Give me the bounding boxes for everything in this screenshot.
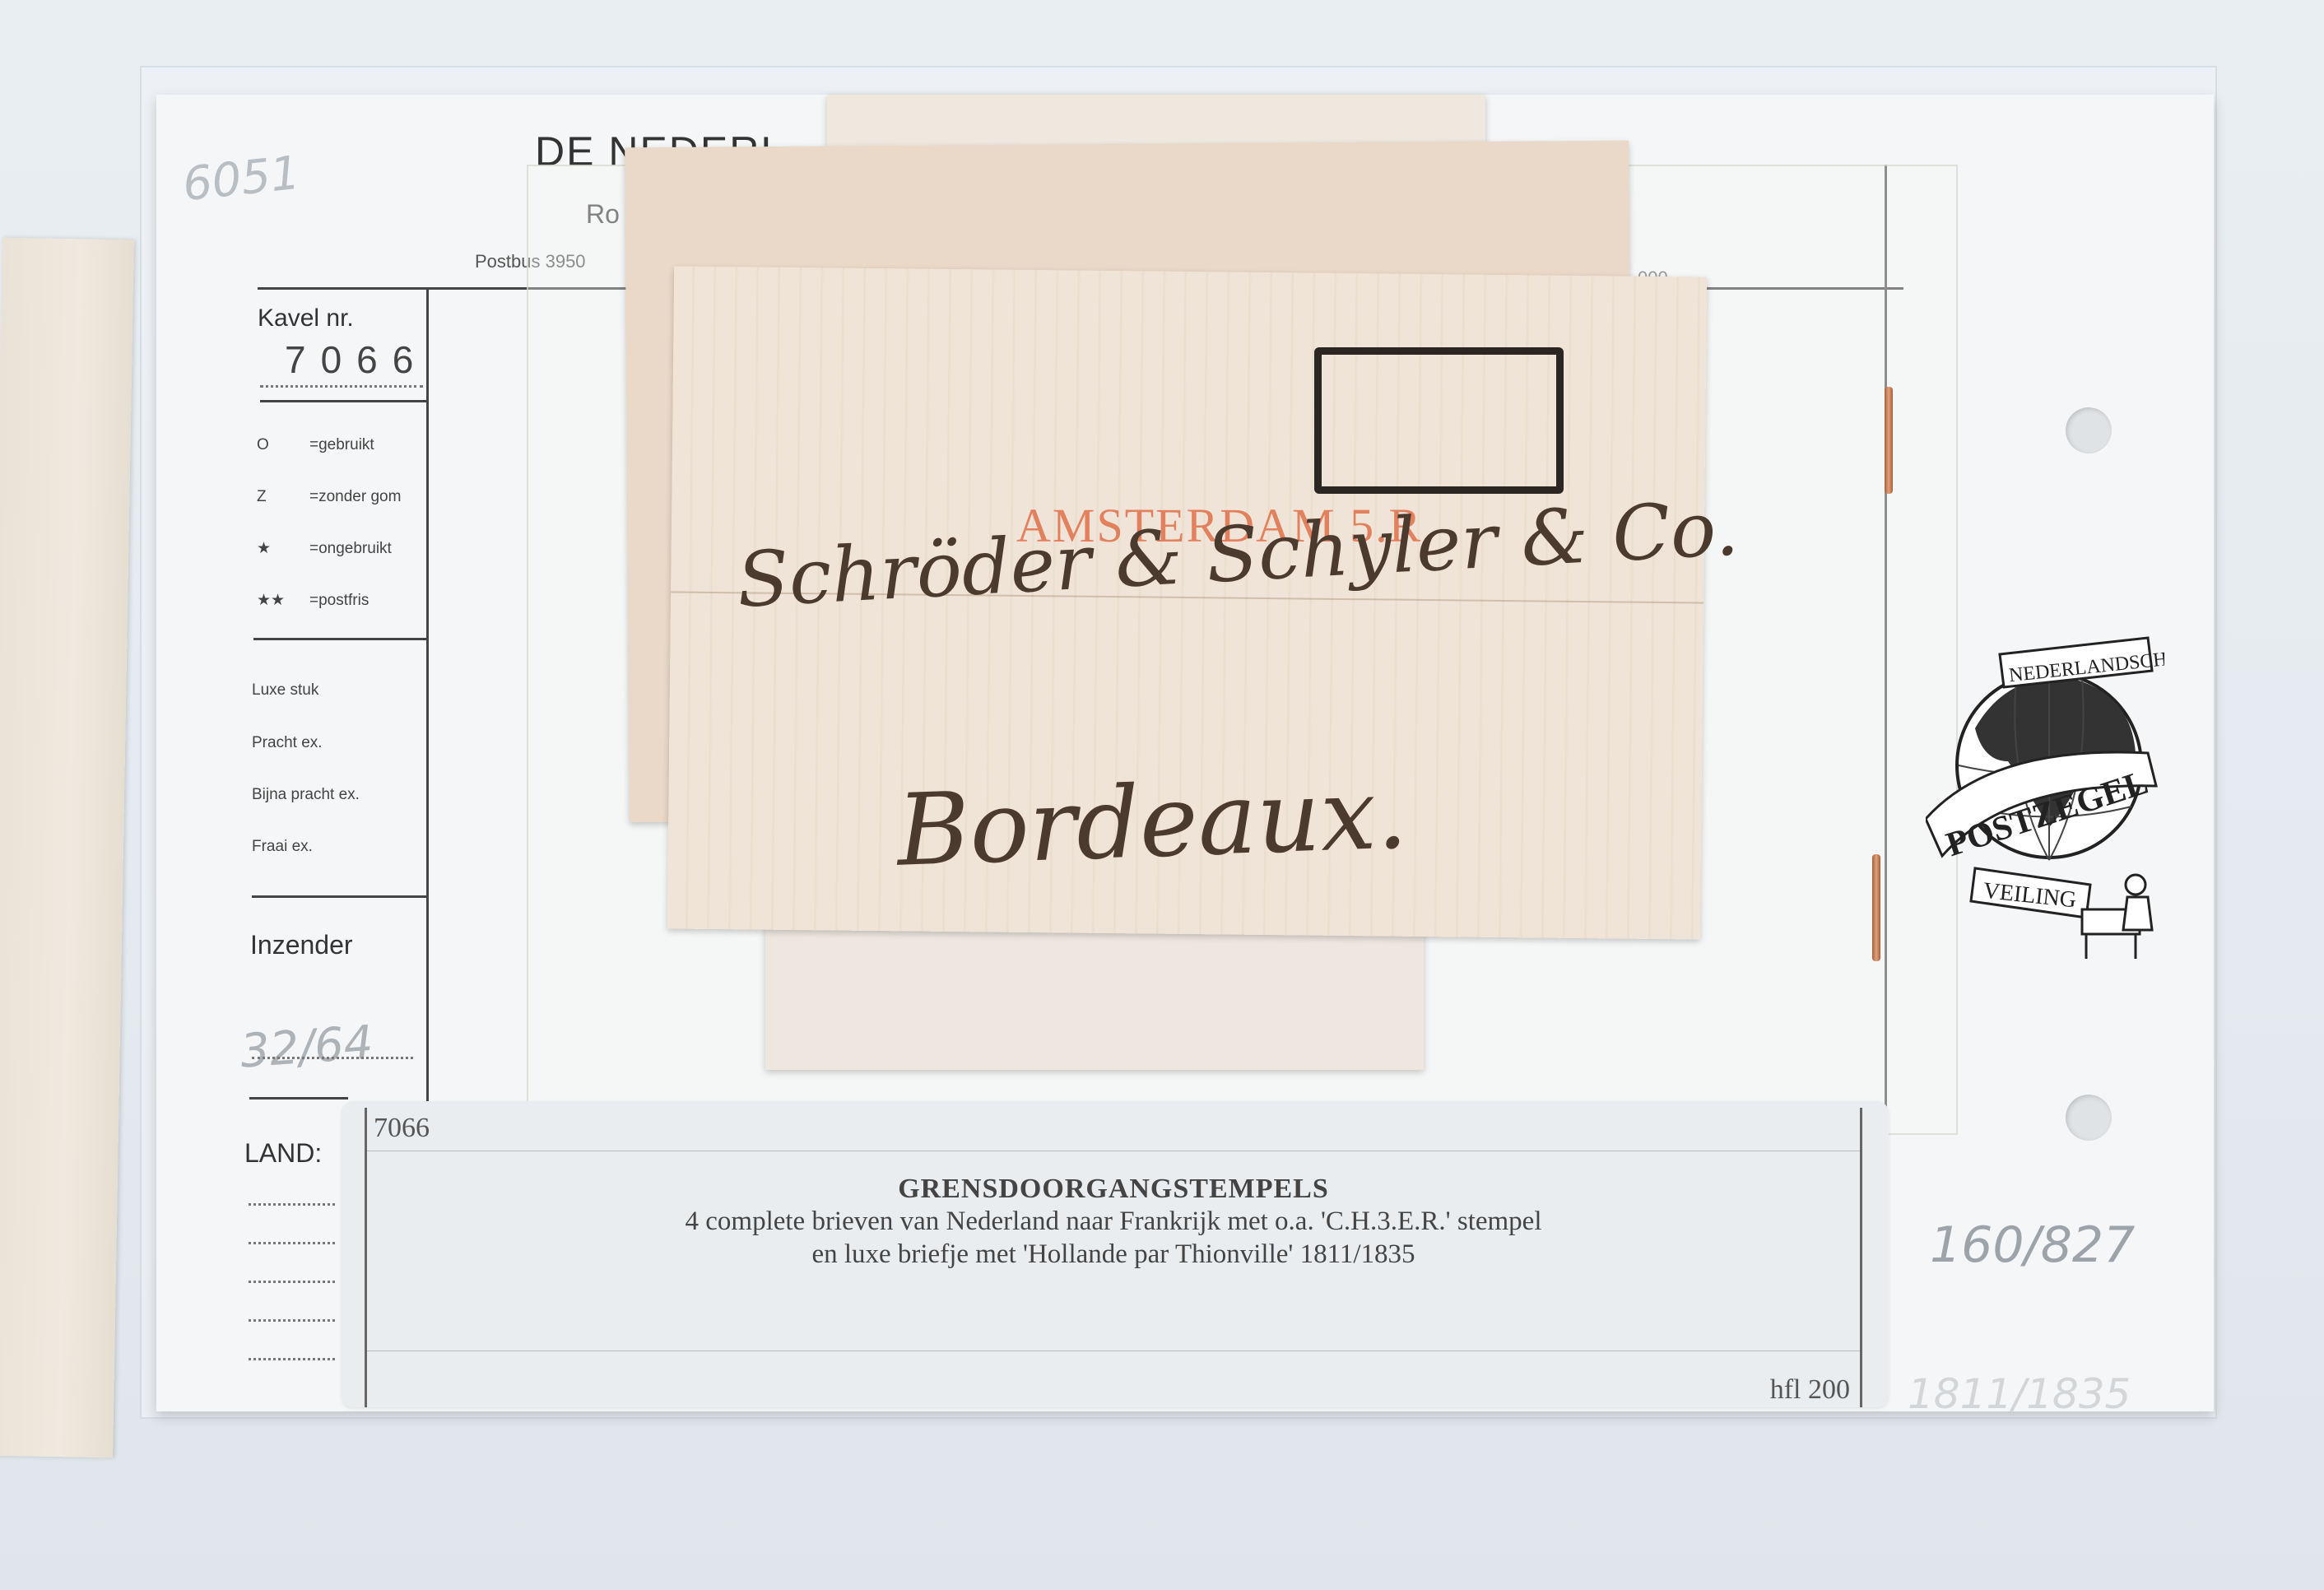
legend-rule bbox=[253, 638, 426, 640]
pencil-note-right: 160/827 bbox=[1930, 1216, 2135, 1274]
land-dotted-line bbox=[249, 1242, 335, 1244]
staple bbox=[1872, 854, 1880, 961]
description-line: 4 complete brieven van Nederland naar Fr… bbox=[367, 1205, 1860, 1238]
description-lot-number: 7066 bbox=[374, 1113, 430, 1144]
land-dotted-line bbox=[249, 1358, 335, 1360]
description-line: en luxe briefje met 'Hollande par Thionv… bbox=[367, 1238, 1860, 1271]
inzender-rule bbox=[249, 1097, 348, 1100]
legend-row: ★=ongebruikt bbox=[257, 539, 392, 558]
condition-item: Bijna pracht ex. bbox=[252, 786, 360, 804]
condition-item: Luxe stuk bbox=[252, 681, 318, 700]
condition-rule bbox=[252, 895, 426, 898]
land-dotted-line bbox=[249, 1281, 335, 1283]
legend-row: O=gebruikt bbox=[257, 436, 374, 454]
kavel-rule bbox=[260, 400, 428, 402]
auction-logo: NEDERLANDSCHE POSTZEGEL VEILING bbox=[1926, 621, 2164, 967]
kavel-label: Kavel nr. bbox=[258, 305, 354, 332]
kavel-number: 7066 bbox=[285, 337, 428, 382]
description-top-rule bbox=[367, 1151, 1860, 1151]
legend-row: ★★=postfris bbox=[257, 591, 369, 610]
inzender-value: 32/64 bbox=[239, 1016, 375, 1078]
condition-item: Fraai ex. bbox=[252, 838, 313, 856]
description-bottom-rule bbox=[367, 1351, 1860, 1351]
lot-price: hfl 200 bbox=[1770, 1374, 1850, 1406]
land-dotted-line bbox=[249, 1203, 335, 1206]
address-line-2: Bordeaux. bbox=[895, 756, 1410, 889]
description-title: GRENSDOORGANGSTEMPELS bbox=[367, 1174, 1860, 1205]
description-frame: 7066 GRENSDOORGANGSTEMPELS 4 complete br… bbox=[365, 1108, 1862, 1407]
punch-hole-bottom bbox=[2066, 1095, 2112, 1141]
inzender-label: Inzender bbox=[250, 930, 353, 960]
land-label: LAND: bbox=[244, 1138, 322, 1169]
inzender-dotted-line bbox=[252, 1057, 413, 1059]
pencil-note-bottom-right: 1811/1835 bbox=[1908, 1370, 2131, 1418]
boxed-border-stamp bbox=[1314, 347, 1564, 494]
lot-description: 7066 GRENSDOORGANGSTEMPELS 4 complete br… bbox=[342, 1101, 1889, 1407]
staple bbox=[1885, 387, 1893, 494]
column-divider bbox=[426, 288, 429, 1103]
punch-hole-top bbox=[2066, 407, 2112, 453]
description-text: GRENSDOORGANGSTEMPELS 4 complete brieven… bbox=[367, 1174, 1860, 1271]
land-dotted-line bbox=[249, 1319, 335, 1322]
kavel-dotted-line bbox=[260, 385, 423, 388]
condition-item: Pracht ex. bbox=[252, 734, 323, 752]
neighbour-card bbox=[0, 238, 134, 1458]
globe-icon: NEDERLANDSCHE POSTZEGEL VEILING bbox=[1926, 621, 2164, 967]
legend-row: Z=zonder gom bbox=[257, 488, 401, 506]
